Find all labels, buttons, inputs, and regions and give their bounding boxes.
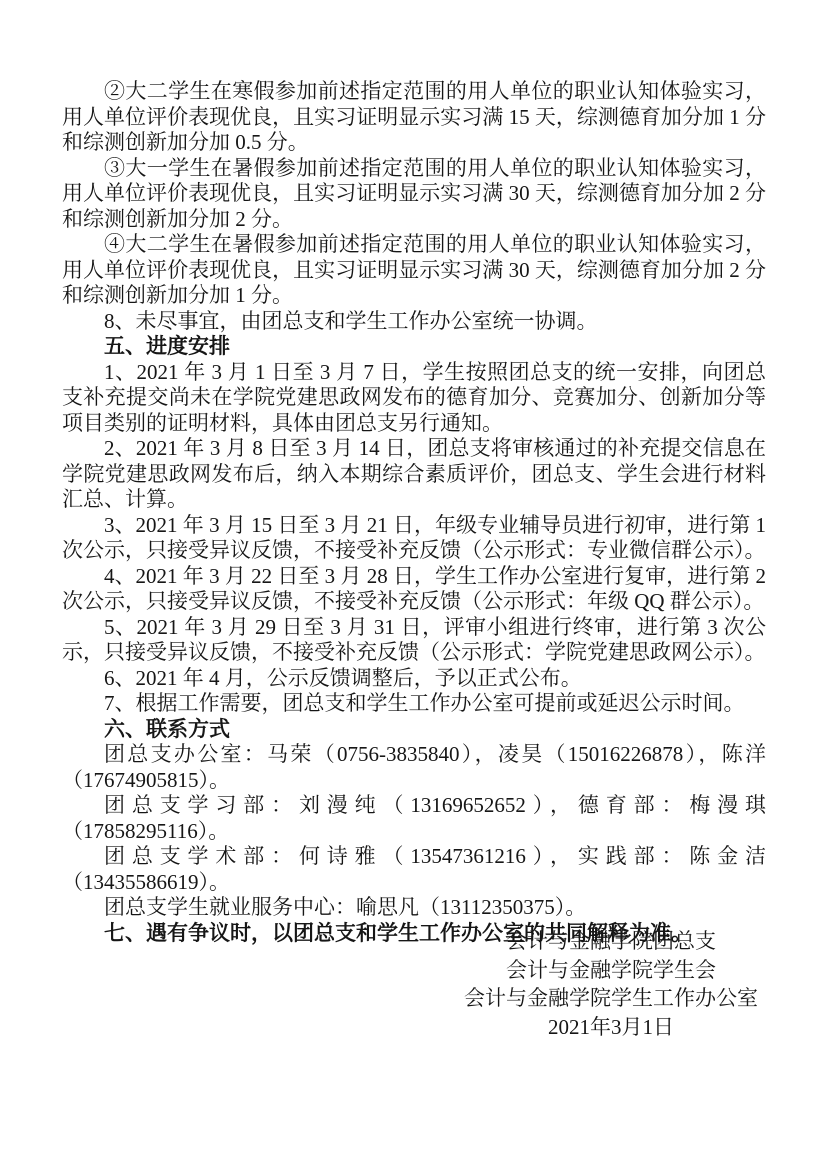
paragraph: 7、根据工作需要，团总支和学生工作办公室可提前或延迟公示时间。: [62, 691, 766, 717]
paragraph: 5、2021 年 3 月 29 日至 3 月 31 日，评审小组进行终审，进行第…: [62, 615, 766, 666]
document-body: ②大二学生在寒假参加前述指定范围的用人单位的职业认知体验实习，用人单位评价表现优…: [62, 79, 766, 946]
signature-org-youth-league: 会计与金融学院团总支: [443, 927, 779, 956]
paragraph: 1、2021 年 3 月 1 日至 3 月 7 日，学生按照团总支的统一安排，向…: [62, 360, 766, 437]
signature-org-student-work-office: 会计与金融学院学生工作办公室: [443, 984, 779, 1013]
section-heading: 六、联系方式: [62, 717, 766, 743]
paragraph: 3、2021 年 3 月 15 日至 3 月 21 日，年级专业辅导员进行初审，…: [62, 513, 766, 564]
paragraph: 8、未尽事宜，由团总支和学生工作办公室统一协调。: [62, 309, 766, 335]
paragraph: 团总支办公室：马荣（0756-3835840），凌昊（15016226878），…: [62, 742, 766, 793]
paragraph: ④大二学生在暑假参加前述指定范围的用人单位的职业认知体验实习，用人单位评价表现优…: [62, 232, 766, 309]
paragraph: 2、2021 年 3 月 8 日至 3 月 14 日，团总支将审核通过的补充提交…: [62, 436, 766, 513]
paragraph: ③大一学生在暑假参加前述指定范围的用人单位的职业认知体验实习，用人单位评价表现优…: [62, 156, 766, 233]
document-page: ②大二学生在寒假参加前述指定范围的用人单位的职业认知体验实习，用人单位评价表现优…: [0, 0, 827, 1169]
paragraph: 团总支学术部：何诗雅（13547361216），实践部：陈金洁（13435586…: [62, 844, 766, 895]
section-heading: 五、进度安排: [62, 334, 766, 360]
signature-org-student-union: 会计与金融学院学生会: [443, 956, 779, 985]
paragraph: 团总支学习部：刘漫纯（13169652652），德育部：梅漫琪（17858295…: [62, 793, 766, 844]
signature-date: 2021年3月1日: [443, 1013, 779, 1042]
paragraph: 团总支学生就业服务中心：喻思凡（13112350375）。: [62, 895, 766, 921]
paragraph: ②大二学生在寒假参加前述指定范围的用人单位的职业认知体验实习，用人单位评价表现优…: [62, 79, 766, 156]
paragraph: 6、2021 年 4 月，公示反馈调整后，予以正式公布。: [62, 666, 766, 692]
paragraph: 4、2021 年 3 月 22 日至 3 月 28 日，学生工作办公室进行复审，…: [62, 564, 766, 615]
signature-block: 会计与金融学院团总支 会计与金融学院学生会 会计与金融学院学生工作办公室 202…: [443, 927, 779, 1041]
